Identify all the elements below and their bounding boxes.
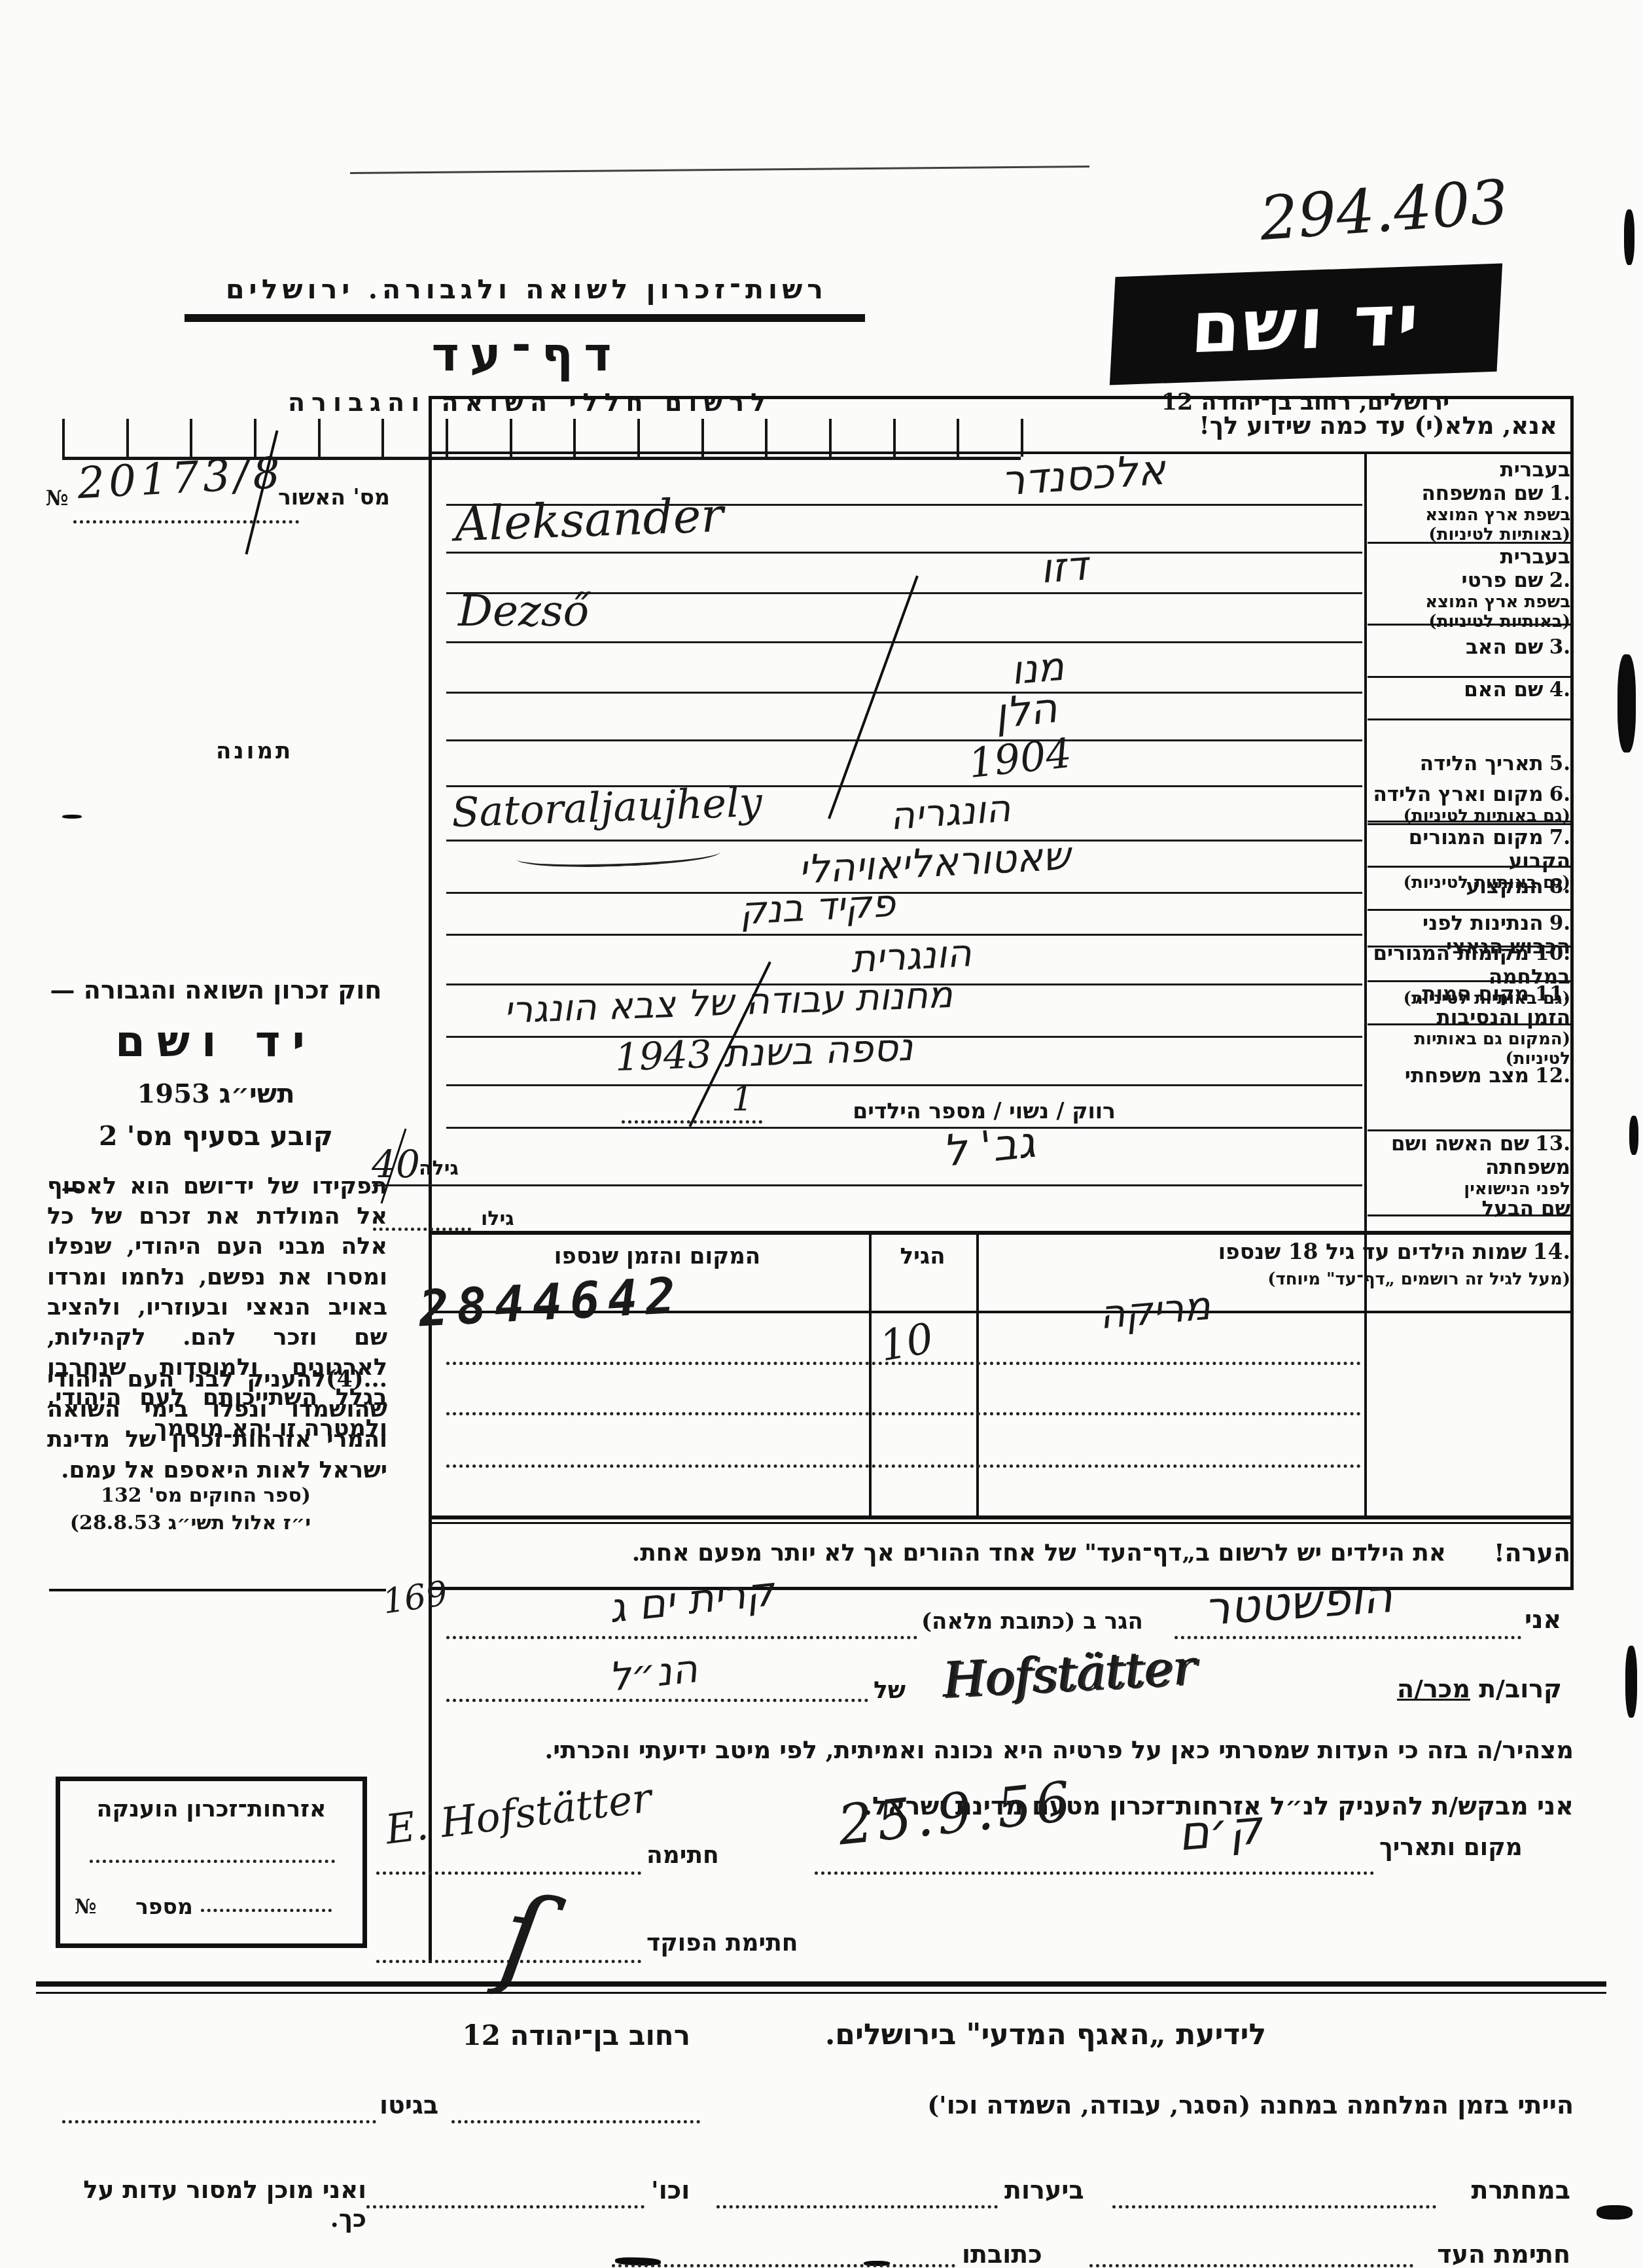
resides-label: הגר ב (כתובת מלאה) [921, 1608, 1143, 1635]
approval-number-label: מס' האשור [278, 484, 390, 510]
witness-address-label: כתובתו [962, 2239, 1042, 2268]
section-double-rule [36, 1981, 1606, 1987]
hw-child-name: מריקה [1097, 1283, 1212, 1339]
answer-line [446, 641, 1362, 643]
underground-dotted [1112, 2205, 1436, 2208]
grant-number-label: מספר [135, 1894, 193, 1919]
ruler-tick [62, 419, 65, 457]
formbox-right-border [1570, 396, 1574, 1590]
authority-line: רשות־זכרון לשואה ולגבורה. ירושלים [186, 274, 867, 305]
instruction-divider [429, 452, 1574, 454]
hw-occupation: פקיד בנק [738, 881, 896, 933]
pen-stroke-artifact [828, 575, 919, 819]
scan-artifact [62, 815, 82, 819]
yad-vashem-logo: יד ושם [1110, 263, 1502, 385]
label-column-divider [1364, 453, 1367, 1518]
law-clause: קובע בסעיף מס' 2 [46, 1120, 386, 1152]
ghetto-label: בגיטו [380, 2090, 438, 2119]
approval-number-handwritten: 20173/8 [76, 448, 285, 508]
ruler-strip [62, 398, 1021, 460]
signature-label: חתימה [646, 1841, 719, 1869]
table-row-dotted [446, 1362, 1361, 1365]
decl-dotted [446, 1699, 868, 1702]
section-double-rule2 [36, 1992, 1606, 1994]
hw-death-circumstances: נספה בשנת 1943 [614, 1025, 914, 1080]
hw-surname-hebrew: אלכסנדר [1000, 446, 1167, 505]
hw-date: 25.9.56 [835, 1769, 1078, 1857]
witness-sig-dotted [1089, 2264, 1413, 2267]
logo-text: יד ושם [1189, 279, 1422, 370]
note-bottom-rule [429, 1587, 1574, 1590]
table-bottom-rule2 [429, 1522, 1574, 1524]
approval-dotted-line [73, 520, 299, 523]
col-header-age: הגיל [870, 1243, 975, 1269]
scan-artifact [350, 166, 1089, 174]
hw-birth-country-hebrew: הונגריה [889, 786, 1012, 839]
relation-label: קרוב/ת מכר/ה [1397, 1674, 1562, 1703]
law-name: יד ושם [46, 1016, 386, 1067]
col-header-place: המקום והזמן שנספו [446, 1243, 868, 1269]
scan-artifact [1597, 2205, 1633, 2220]
hw-declarant-name: הופשטטר [1202, 1569, 1394, 1636]
field-label-6: 6.מקום וארץ הלידה (גם באותיות לטיניות) [1368, 783, 1570, 825]
header-rule [185, 314, 865, 322]
fill-instruction: אנא, מלא(י) עד כמה שידוע לך! [1112, 411, 1557, 440]
page-of-testimony-scan: 294.403 יד ושם ירושלים, רחוב בן־יהודה 12… [0, 0, 1643, 2268]
answer-line [446, 739, 1362, 741]
bottom-title-address: רחוב בן־יהודה 12 [451, 2019, 690, 2051]
scan-artifact [1625, 1646, 1637, 1718]
declaration-statement: מצהיר/ה בזה כי העדות שמסרתי כאן על פרטיה… [432, 1735, 1574, 1764]
decl-dotted [376, 1871, 641, 1875]
sidebar-bottom-rule [49, 1589, 386, 1591]
table-top-rule [429, 1231, 1574, 1235]
hw-given-hebrew: דזו [1039, 542, 1089, 593]
note-text: את הילדים יש לרשום ב„דף־העד" של אחד ההור… [543, 1539, 1446, 1567]
ruler-tick [126, 419, 129, 457]
hw-declarant-address: קרית ים ג [607, 1567, 777, 1632]
decl-dotted [446, 1636, 917, 1639]
scan-artifact [1617, 654, 1636, 753]
scan-artifact [1624, 209, 1634, 265]
hw-given-latin: Dezső [458, 586, 589, 636]
decl-dotted [815, 1871, 1374, 1875]
hw-wife-name: גב' ל [940, 1117, 1037, 1177]
ruler-tick [318, 419, 321, 457]
ruler-tick [190, 419, 192, 457]
table-col-divider [869, 1235, 872, 1518]
table-col-divider [976, 1235, 979, 1518]
grant-box-title: אזרחות־זכרון הוענקה [60, 1796, 362, 1822]
formbox-top-border [429, 396, 1574, 399]
witness-signature-label: חתימת העד [1420, 2239, 1570, 2268]
grant-box-dotted [90, 1860, 335, 1863]
his-age-label: גילו [481, 1207, 514, 1230]
hw-stamp-number: 2844642 [417, 1266, 684, 1338]
pen-flourish [517, 842, 720, 870]
camp-dotted [451, 2120, 700, 2123]
ruler-tick [381, 419, 384, 457]
children-field-label: 14.שמות הילדים עד גיל 18 שנספו (מעל לגיל… [1080, 1239, 1570, 1290]
underground-label: במחתרת [1440, 2175, 1570, 2205]
place-date-label: מקום ותאריך [1379, 1834, 1523, 1861]
form-title: דף־עד [419, 326, 635, 381]
law-year: תשי״ג 1953 [46, 1078, 386, 1109]
answer-line [373, 1184, 1362, 1186]
law-title: חוק זכרון השואה והגבורה — [46, 975, 386, 1004]
declarant-i-label: אני [1525, 1604, 1561, 1634]
answer-line [446, 552, 1362, 554]
field-label-11: 11.מקום המות, הזמן והנסיבות (המקום גם בא… [1368, 982, 1570, 1025]
clerk-signature-label: חתימת הפוקד [646, 1929, 798, 1957]
marital-options: רווק / נשוי / מספר הילדים [762, 1098, 1116, 1124]
forests-dotted [716, 2205, 998, 2208]
hw-house-number: 169 [380, 1574, 450, 1621]
field-label-7: 7.מקום המגורים הקבוע (גם באותיות לטיניות… [1368, 826, 1570, 868]
ghetto-dotted [62, 2120, 376, 2123]
photo-label: תמונה [216, 738, 293, 764]
hw-war-places: מחנות עבודה של צבא הונגרי [503, 974, 953, 1032]
grant-number-dotted [201, 1909, 332, 1912]
law-body-2: ...(4)להעניק לבני העם היהודי שהושמדו ונפ… [47, 1364, 387, 1485]
grant-numero-sign: № [75, 1895, 97, 1919]
citizenship-request: אני מבקש/ת להעניק לנ״ל אזרחות־זכרון מטעם… [667, 1791, 1574, 1820]
of-label: של [874, 1676, 906, 1704]
memorial-citizenship-box: אזרחות־זכרון הוענקה מספר № [56, 1777, 367, 1948]
hw-birth-date: 1904 [966, 729, 1074, 787]
witness-address-dotted [612, 2264, 955, 2267]
hw-relation-name: Hofstätter [941, 1639, 1197, 1709]
field-label-1: בעברית 1.שם המשפחה בשפת ארץ המוצא (באותי… [1368, 458, 1570, 544]
answer-line [446, 1084, 1362, 1086]
law-ref-2: י״ז אלול תשי״ג 28.8.53) [49, 1512, 311, 1534]
law-ref-1: (ספר החוקים מס' 132 [49, 1484, 311, 1507]
numero-sign: № [46, 486, 69, 510]
scan-artifact [1629, 1116, 1638, 1155]
bottom-title: לידיעת „האגף המדעי" בירושלים. [700, 2018, 1266, 2051]
hw-signature: E. Hofstätter [383, 1773, 654, 1853]
etc-dotted [366, 2205, 645, 2208]
table-row-dotted [446, 1412, 1361, 1415]
table-bottom-rule [429, 1515, 1574, 1519]
hw-children-count: 1 [732, 1080, 753, 1119]
table-row-dotted [446, 1464, 1361, 1468]
hw-place: ק׳ם [1176, 1799, 1265, 1862]
answer-line [446, 892, 1362, 894]
forests-label: ביערות [1004, 2175, 1084, 2205]
hw-of-abovementioned: הנ״ל [607, 1646, 700, 1701]
hw-citizenship: הונגרית [849, 930, 972, 982]
ready-to-testify: ואני מוכן למסור עדות על כך. [43, 2175, 366, 2233]
hw-birth-place-latin: Satoraljaujhely [451, 778, 763, 837]
hw-surname-latin: Aleksander [454, 487, 724, 552]
answer-line [446, 692, 1362, 694]
note-label: הערה! [1456, 1538, 1570, 1567]
her-age-label: גילה [419, 1157, 459, 1180]
archive-number-handwritten: 294.403 [1258, 167, 1511, 254]
field-label-10: 10.מקומות המגורים במלחמה (גם באותיות לטי… [1368, 942, 1570, 982]
etc-label: וכו' [651, 2175, 690, 2205]
field-label-2: בעברית 2.שם פרטי בשפת ארץ המוצא (באותיות… [1368, 545, 1570, 626]
decl-dotted [1175, 1636, 1521, 1639]
answer-line [446, 1127, 1362, 1129]
camp-label: הייתי בזמן המלחמה במחנה (הסגר, עבודה, הש… [703, 2090, 1574, 2119]
